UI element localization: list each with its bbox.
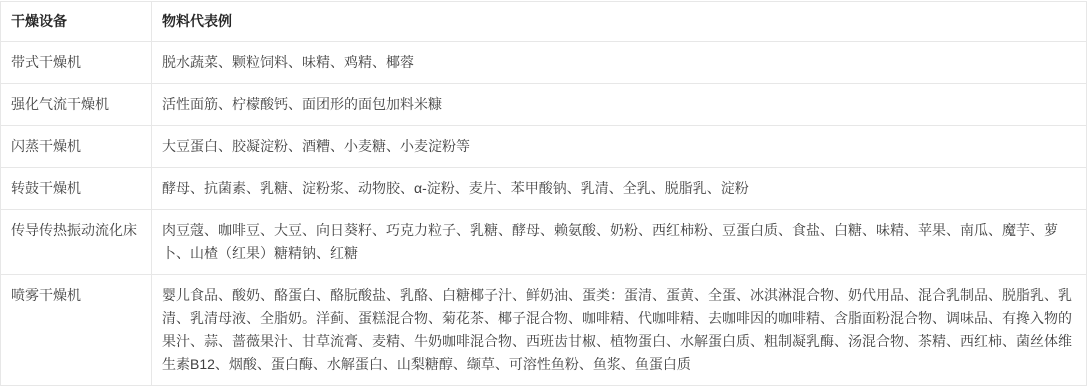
table-row: 强化气流干燥机活性面筋、柠檬酸钙、面团形的面包加料米糠 — [1, 84, 1087, 126]
device-cell: 强化气流干燥机 — [1, 84, 152, 126]
device-cell: 传导传热振动流化床 — [1, 210, 152, 275]
table-header: 干燥设备 物料代表例 — [1, 2, 1087, 42]
drying-equipment-table: 干燥设备 物料代表例 带式干燥机脱水蔬菜、颗粒饲料、味精、鸡精、椰蓉强化气流干燥… — [0, 1, 1087, 386]
table-row: 转鼓干燥机酵母、抗菌素、乳糖、淀粉浆、动物胶、α-淀粉、麦片、苯甲酸钠、乳清、全… — [1, 168, 1087, 210]
device-cell: 闪蒸干燥机 — [1, 126, 152, 168]
column-header-materials: 物料代表例 — [152, 2, 1087, 42]
column-header-device: 干燥设备 — [1, 2, 152, 42]
table-body: 带式干燥机脱水蔬菜、颗粒饲料、味精、鸡精、椰蓉强化气流干燥机活性面筋、柠檬酸钙、… — [1, 42, 1087, 386]
materials-cell: 脱水蔬菜、颗粒饲料、味精、鸡精、椰蓉 — [152, 42, 1087, 84]
device-cell: 带式干燥机 — [1, 42, 152, 84]
materials-cell: 婴儿食品、酸奶、酪蛋白、酪朊酸盐、乳酪、白糖椰子汁、鲜奶油、蛋类：蛋清、蛋黄、全… — [152, 275, 1087, 386]
device-cell: 转鼓干燥机 — [1, 168, 152, 210]
materials-cell: 活性面筋、柠檬酸钙、面团形的面包加料米糠 — [152, 84, 1087, 126]
materials-cell: 大豆蛋白、胶凝淀粉、酒糟、小麦糖、小麦淀粉等 — [152, 126, 1087, 168]
table-row: 闪蒸干燥机大豆蛋白、胶凝淀粉、酒糟、小麦糖、小麦淀粉等 — [1, 126, 1087, 168]
table-row: 传导传热振动流化床肉豆蔻、咖啡豆、大豆、向日葵籽、巧克力粒子、乳糖、酵母、赖氨酸… — [1, 210, 1087, 275]
device-cell: 喷雾干燥机 — [1, 275, 152, 386]
header-row: 干燥设备 物料代表例 — [1, 2, 1087, 42]
table-row: 带式干燥机脱水蔬菜、颗粒饲料、味精、鸡精、椰蓉 — [1, 42, 1087, 84]
page-content: 干燥设备 物料代表例 带式干燥机脱水蔬菜、颗粒饲料、味精、鸡精、椰蓉强化气流干燥… — [0, 0, 1087, 386]
materials-cell: 酵母、抗菌素、乳糖、淀粉浆、动物胶、α-淀粉、麦片、苯甲酸钠、乳清、全乳、脱脂乳… — [152, 168, 1087, 210]
materials-cell: 肉豆蔻、咖啡豆、大豆、向日葵籽、巧克力粒子、乳糖、酵母、赖氨酸、奶粉、西红柿粉、… — [152, 210, 1087, 275]
table-row: 喷雾干燥机婴儿食品、酸奶、酪蛋白、酪朊酸盐、乳酪、白糖椰子汁、鲜奶油、蛋类：蛋清… — [1, 275, 1087, 386]
